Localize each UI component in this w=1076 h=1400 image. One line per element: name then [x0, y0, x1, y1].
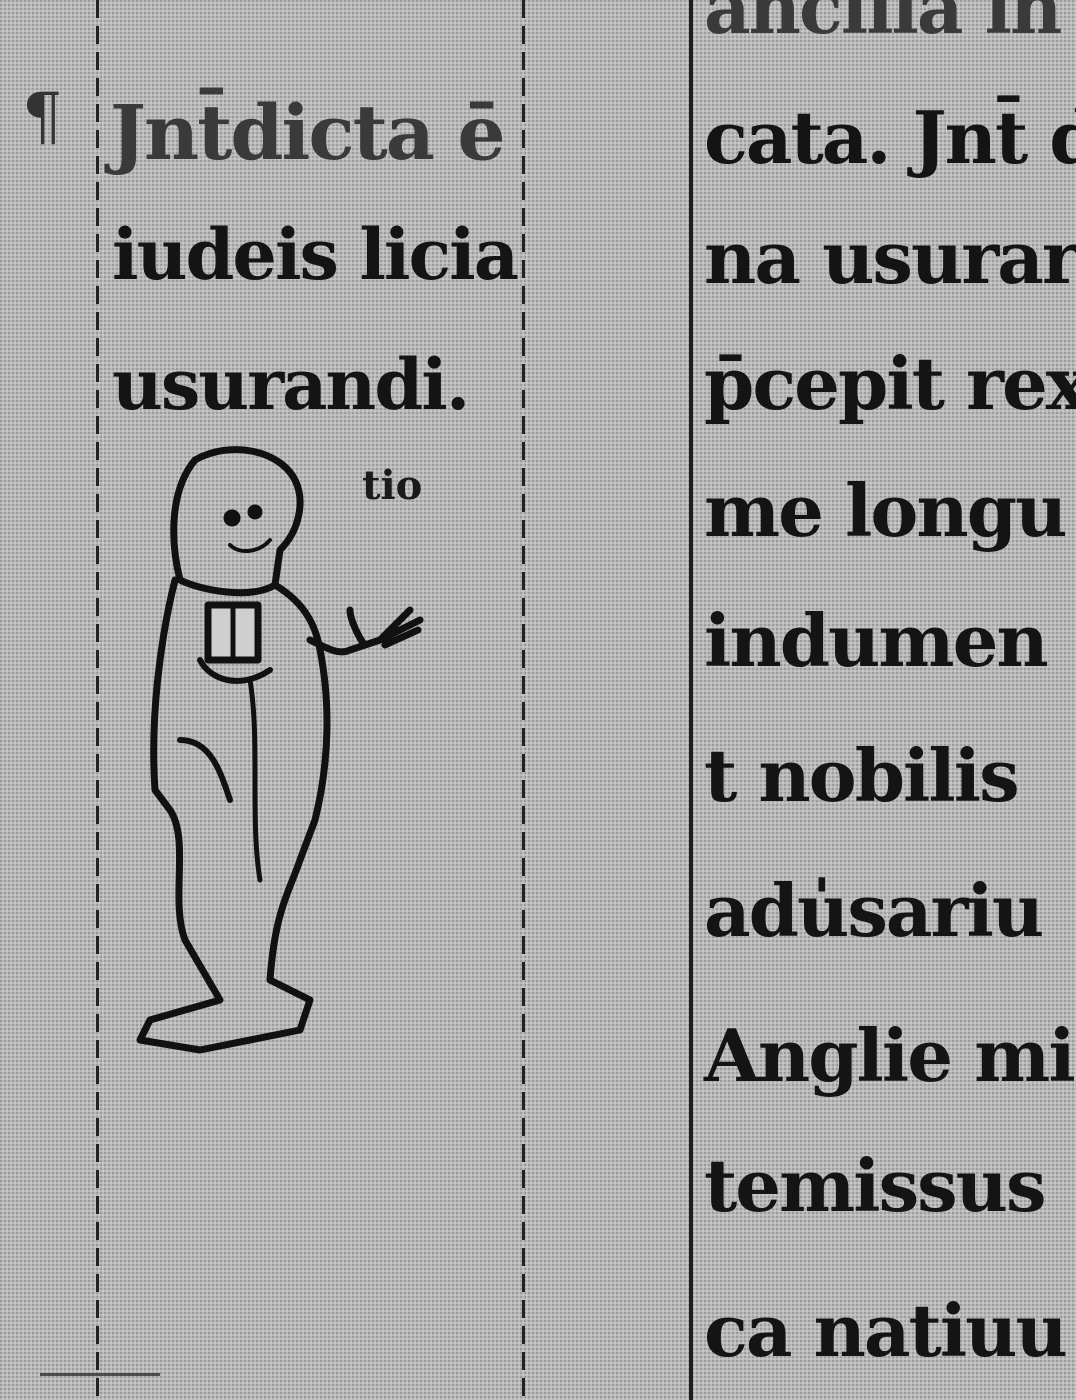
figure-illustration [100, 440, 440, 1060]
text-line: adu̍sariu [704, 875, 1042, 947]
text-line: temissus [704, 1150, 1045, 1222]
text-line: indumen [704, 605, 1047, 677]
text-line: p̄cepit rex [704, 348, 1076, 420]
manuscript-page: ¶ Jnt̄dicta ē iudeis licia usurandi. tio… [0, 0, 1076, 1400]
left-column-right-rule [522, 0, 525, 1400]
text-line: usurandi. [112, 350, 468, 420]
text-line: na usurar [704, 222, 1076, 294]
text-line: t nobilis [704, 740, 1018, 812]
text-line: ca natiuu [704, 1295, 1066, 1367]
text-line: cata. Jnt̄ d [704, 102, 1076, 174]
text-line: iudeis licia [112, 220, 517, 290]
right-column: ancilla in cata. Jnt̄ d na usurar p̄cepi… [700, 0, 1076, 1400]
left-margin-rule [96, 0, 99, 1400]
paragraph-mark: ¶ [22, 80, 63, 154]
bottom-rule [40, 1373, 160, 1376]
right-column-left-rule [689, 0, 693, 1400]
text-line: ancilla in [704, 0, 1060, 44]
text-line: Jnt̄dicta ē [110, 95, 504, 171]
text-line: Anglie mi [704, 1020, 1074, 1092]
text-line: me longu [704, 475, 1065, 547]
